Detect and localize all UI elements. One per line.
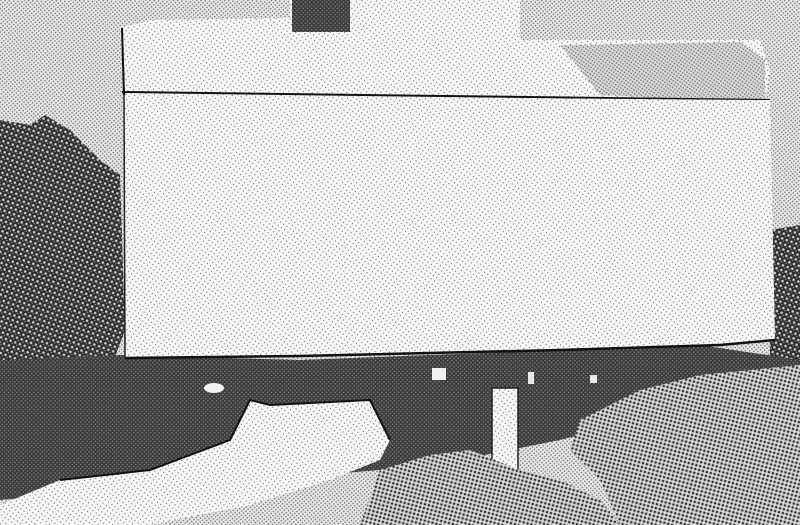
structure-top-window [292,0,350,32]
whitewashed-block [124,95,775,358]
debris-piece [528,372,534,384]
photograph [0,0,800,525]
debris-piece [590,375,597,383]
debris-piece [204,383,224,393]
halftone-photo [0,0,800,525]
block-left-edge [124,95,125,358]
debris-piece [432,368,446,380]
